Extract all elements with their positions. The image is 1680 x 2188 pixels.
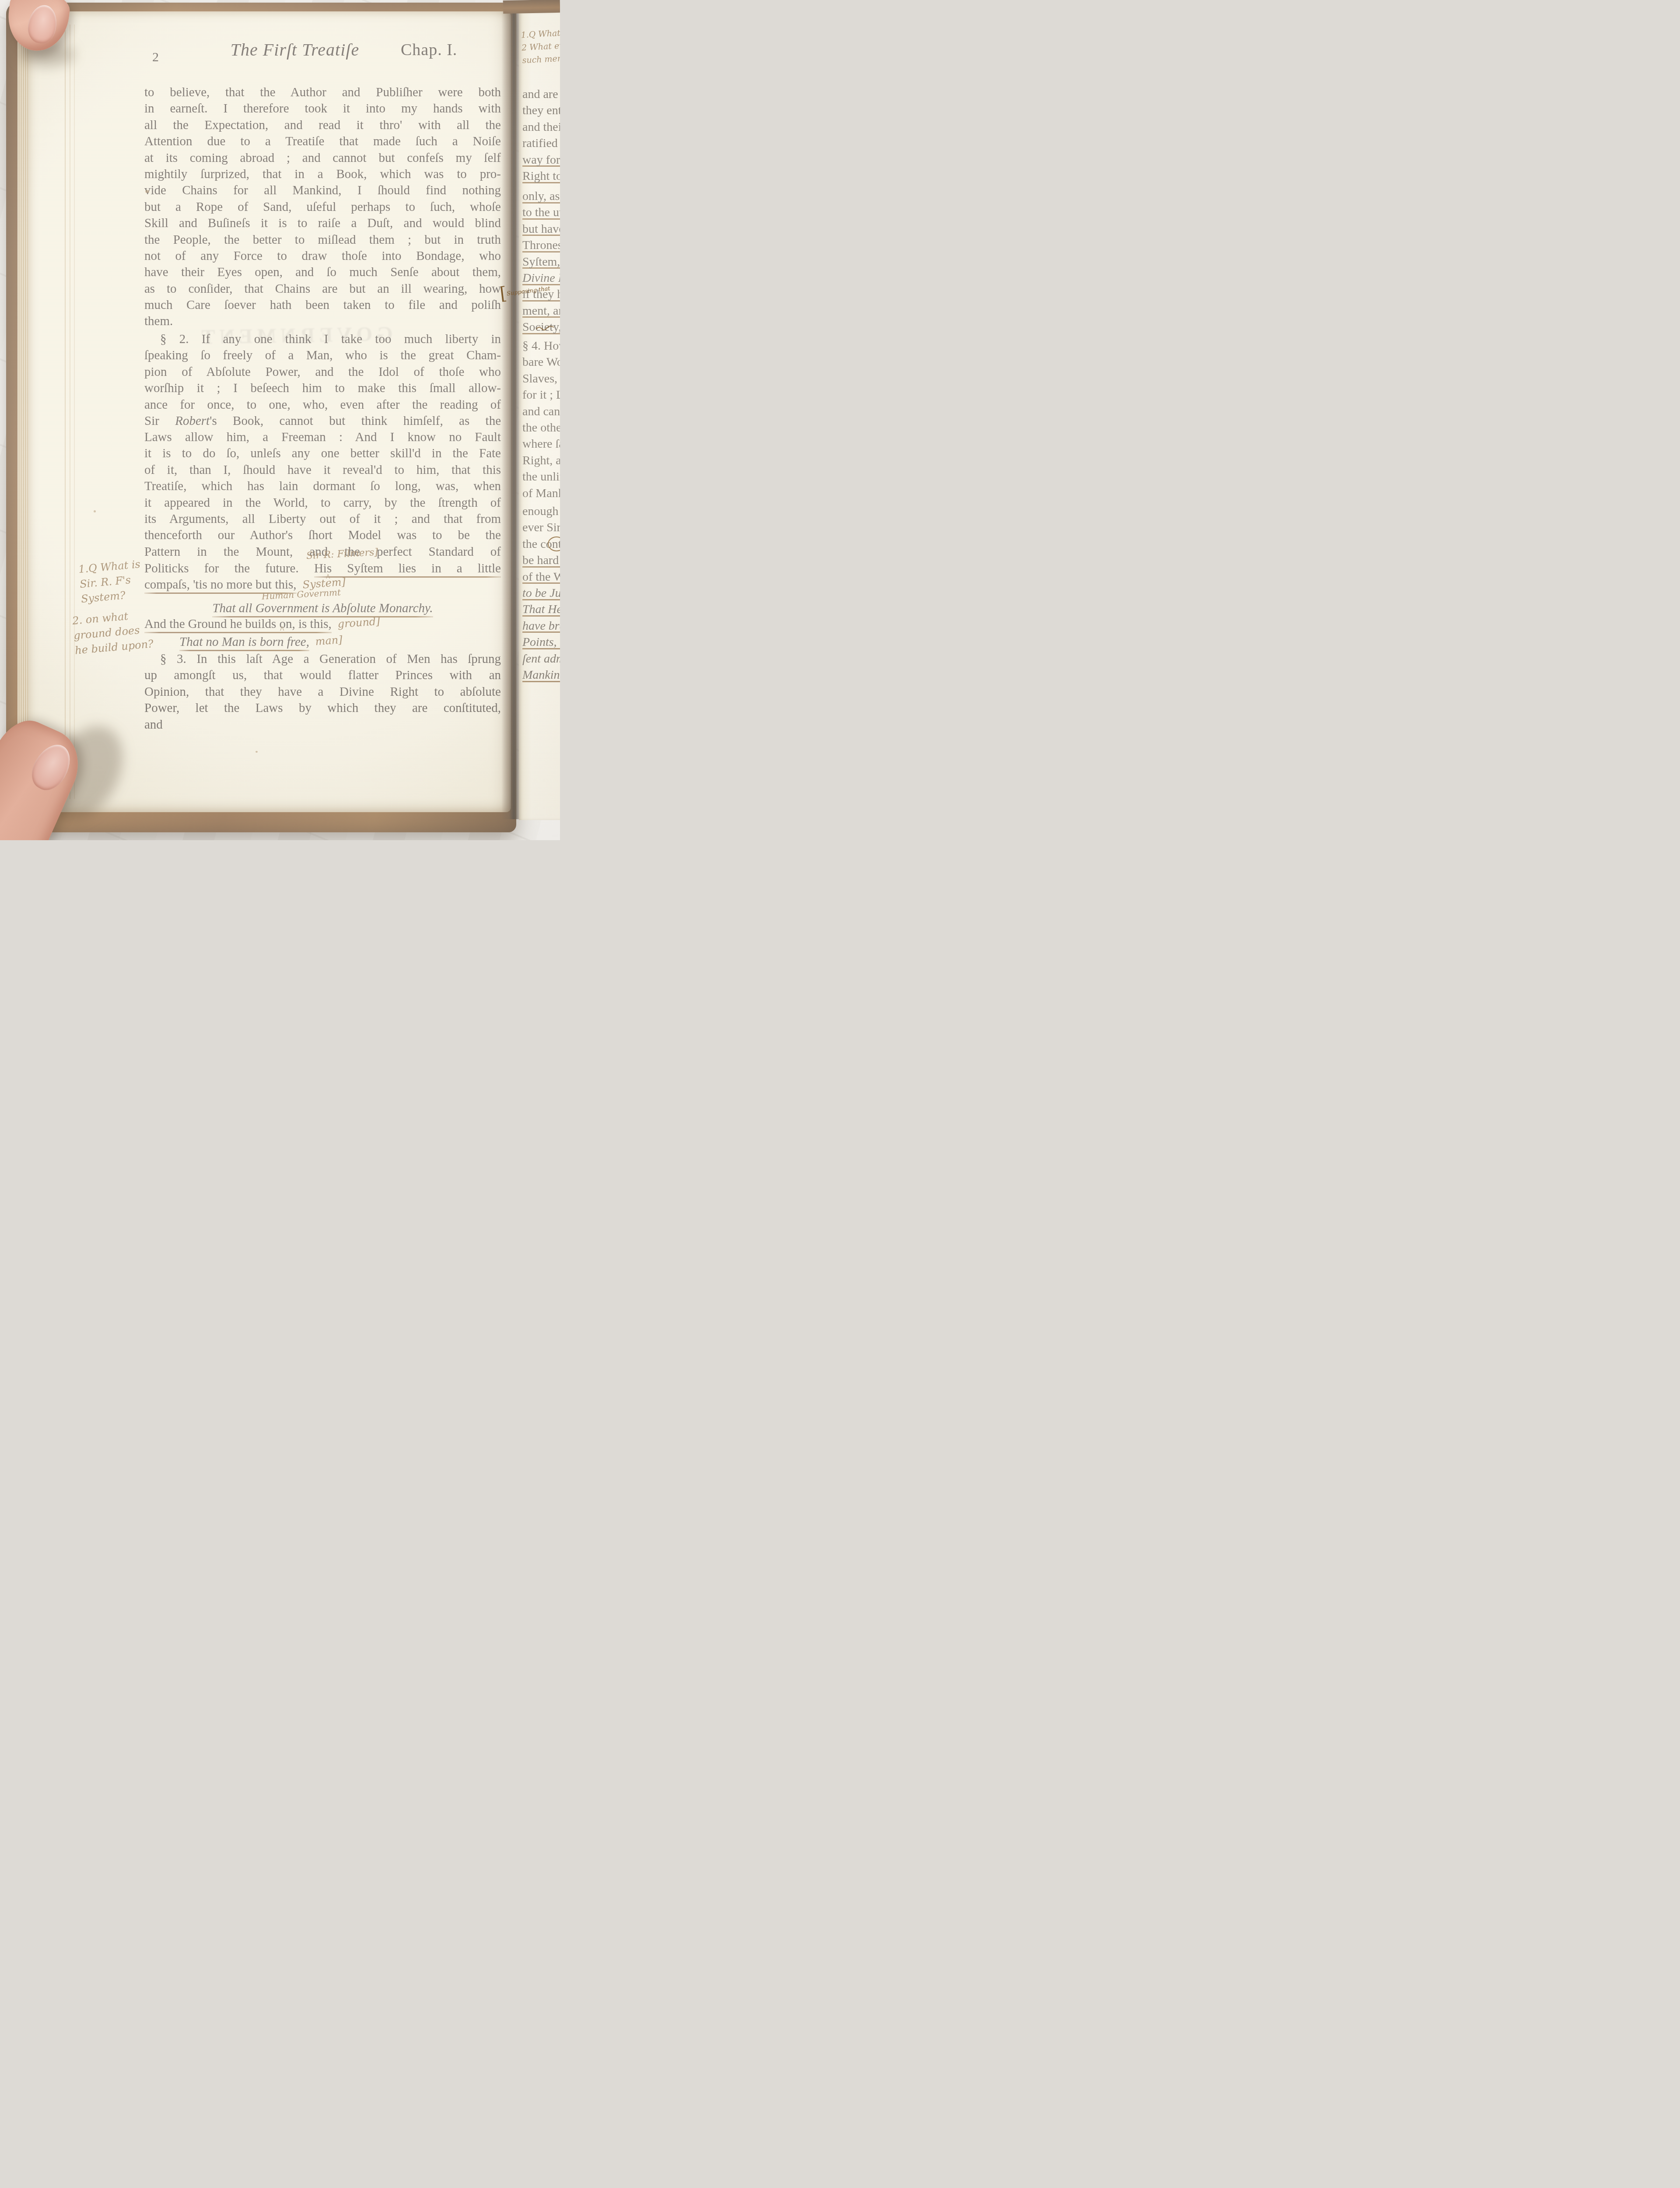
partial-text-line: enough to [522, 503, 560, 519]
text-line: § 3. In this laſt Age a Generation of Me… [144, 651, 501, 667]
foxing-speck [435, 125, 437, 127]
gutter-fold-line [74, 25, 75, 799]
partial-text-line: Slaves, and n [522, 371, 560, 387]
ground-line: And the Ground he builds on, is this,gro… [144, 616, 501, 632]
text-line: thenceforth our Author's ſhort Model was… [144, 527, 501, 543]
partial-text-line: to be Jure D [522, 585, 560, 601]
ink-squiggle [535, 325, 555, 332]
text-line: at its coming abroad ; and cannot but co… [144, 150, 501, 166]
chapter-heading: Chap. I. [401, 40, 457, 60]
bracket-note-text: Supposing that [506, 285, 550, 297]
text-line: up amongſt us, that would flatter Prince… [144, 667, 501, 684]
text-line: have their Eyes open, and ſo much Senſe … [144, 264, 501, 281]
partial-text-line: Right, as if [522, 452, 560, 469]
partial-text-line: of the World, [522, 569, 560, 585]
text-line: pion of Abſolute Power, and the Idol of … [144, 364, 501, 380]
text-line: its Arguments, all Liberty out of it ; a… [144, 511, 501, 527]
foxing-speck [255, 751, 258, 753]
paragraph-3: § 3. In this laſt Age a Generation of Me… [144, 651, 501, 717]
text-line: Attention due to a Treatiſe that made ſu… [144, 133, 501, 150]
text-line: § 2. If any one think I take too much li… [144, 331, 501, 347]
text-line: to believe, that the Author and Publiſhe… [144, 84, 501, 101]
partial-text-line: Thrones o [522, 237, 560, 253]
partial-text-line: That Heyward [522, 601, 560, 617]
facing-text-group-d: enough toever Sir Robethe contrarybe har… [522, 503, 560, 683]
partial-text-line: § 4. Howe [522, 338, 560, 354]
partial-text-line: and their E [522, 119, 560, 135]
partial-text-line: be hard for hi [522, 552, 560, 568]
foxing-speck [145, 190, 149, 193]
facing-text-group-a: and are tothey enterand their Eratified … [522, 86, 560, 184]
running-title: The Firſt Treatiſe [172, 39, 417, 60]
text-line: all the Expectation, and read it thro' w… [144, 117, 501, 133]
partial-text-line: and are to [522, 86, 560, 102]
partial-text-line: Syſtem, ex [522, 254, 560, 270]
partial-text-line: ever Sir Robe [522, 519, 560, 536]
gutter-fold-line [65, 25, 66, 799]
partial-text-line: ment, and fu [522, 303, 560, 319]
partial-text-line: Points, never [522, 634, 560, 650]
fingernail [25, 738, 78, 796]
paragraph-2-start: § 2. If any one think I take too much li… [144, 331, 501, 413]
insertion-caret: ^ [280, 625, 284, 635]
book-top-edge-leather [503, 0, 560, 14]
facing-page-handwritten-note: 1.Q What have th2 What evils havsuch men… [521, 25, 560, 67]
paragraph-2-sir-robert-line: Sir Robert's Book, cannot but think himſ… [144, 413, 501, 429]
handwritten-line: 1.Q What have th [521, 25, 560, 42]
partial-text-line: have bravely [522, 618, 560, 634]
text-line: of it, than I, ſhould have it reveal'd t… [144, 462, 501, 478]
text-line: the People, the better to miſlead them ;… [144, 232, 501, 248]
text-run: 's Book, cannot but think himſelf, as th… [210, 414, 501, 428]
text-run: Politicks for the future. [144, 561, 314, 575]
born-free-line: That no Man is born free,man] [144, 634, 501, 650]
text-line: much Care ſoever hath been taken to file… [144, 297, 501, 313]
insertion-caret: ^ [326, 573, 330, 583]
partial-text-line: Mankind. [522, 667, 560, 683]
partial-text-line: but have a [522, 221, 560, 237]
partial-text-line: to the utm [522, 204, 560, 221]
foxing-speck [94, 510, 96, 512]
book-photograph: GOVERNMENT 2 The Firſt Treatiſe Chap. I.… [0, 0, 560, 840]
government-maxim-line: That all Government is Abſolute Monarchy… [144, 600, 501, 617]
partial-text-line: of Mankind [522, 485, 560, 501]
ink-underlined-text: That no Man is born free, [179, 635, 309, 651]
book-page: GOVERNMENT 2 The Firſt Treatiſe Chap. I.… [28, 11, 511, 812]
partial-text-line: bare Words, [522, 354, 560, 370]
italic-name: Robert [175, 414, 210, 428]
text-line: Laws allow him, a Freeman : And I know n… [144, 429, 501, 445]
partial-text-line: way for th [522, 152, 560, 168]
partial-text-line: ratified by [522, 135, 560, 151]
text-line: as to conſider, that Chains are but an i… [144, 281, 501, 297]
text-line: it appeared in the World, to carry, by t… [144, 495, 501, 511]
partial-text-line: they enter [522, 102, 560, 119]
text-line: in earneſt. I therefore took it into my … [144, 101, 501, 117]
paragraph-1: to believe, that the Author and Publiſhe… [144, 84, 501, 330]
text-line: Power, let the Laws by which they are co… [144, 700, 501, 716]
margin-note-question-1: 1.Q What isSir. R. F'sSystem? [78, 557, 143, 607]
page-number: 2 [152, 50, 159, 65]
text-line: it is to do ſo, unleſs any one better sk… [144, 445, 501, 462]
catchword: and [144, 717, 501, 733]
partial-text-line: only, as m [522, 188, 560, 204]
partial-text-line: the unlimited [522, 469, 560, 485]
page-edge-stack [17, 18, 29, 809]
his-system-line: Politicks for the future. His Syſtem lie… [144, 561, 501, 577]
text-line: worſhip it ; I beſeech him to make this … [144, 380, 501, 396]
text-line: mightily ſurprized, that in a Book, whic… [144, 166, 501, 182]
fingernail [25, 3, 59, 46]
partial-text-line: ſent admitted [522, 651, 560, 667]
text-line: ſpeaking ſo freely of a Man, who is the … [144, 347, 501, 364]
partial-text-line: the other. So [522, 420, 560, 436]
partial-text-line: where ſay ſo [522, 436, 560, 452]
text-line: Opinion, that they have a Divine Right t… [144, 684, 501, 700]
text-line: ance for once, to one, who, even after t… [144, 397, 501, 413]
gutter-fold-line [70, 25, 70, 799]
paragraph-2-continued: Laws allow him, a Freeman : And I know n… [144, 429, 501, 560]
text-line: Treatiſe, which has lain dormant ſo long… [144, 478, 501, 494]
facing-page-edge: 1.Q What have th2 What evils havsuch men… [519, 12, 560, 820]
partial-text-line: and can never [522, 403, 560, 420]
handwritten-insertion: ground] [337, 614, 380, 633]
text-run: Sir [144, 414, 175, 428]
ink-underlined-text: That all Government is Abſolute Monarchy… [212, 601, 433, 617]
text-line: but a Rope of Sand, uſeful perhaps to ſu… [144, 199, 501, 215]
text-line: them. [144, 313, 501, 330]
facing-text-group-c: § 4. Howebare Words,Slaves, and nfor it … [522, 338, 560, 501]
ink-underlined-text: And the Ground he builds on, is this, [144, 617, 332, 633]
facing-text-group-b: only, as mto the utmbut have aThrones oS… [522, 188, 560, 336]
partial-text-line: for it ; Life a [522, 387, 560, 403]
partial-text-line: Right to na [522, 168, 560, 184]
book-gutter-shadow [501, 11, 520, 819]
text-line: not of any Force to draw thoſe into Bond… [144, 248, 501, 264]
margin-note-question-2: 2. on whatground doeshe build upon? [72, 607, 154, 658]
handwritten-insertion: man] [315, 632, 343, 650]
text-line: Skill and Buſineſs it is to raiſe a Duſt… [144, 215, 501, 231]
text-line: vide Chains for all Mankind, I ſhould fi… [144, 182, 501, 199]
